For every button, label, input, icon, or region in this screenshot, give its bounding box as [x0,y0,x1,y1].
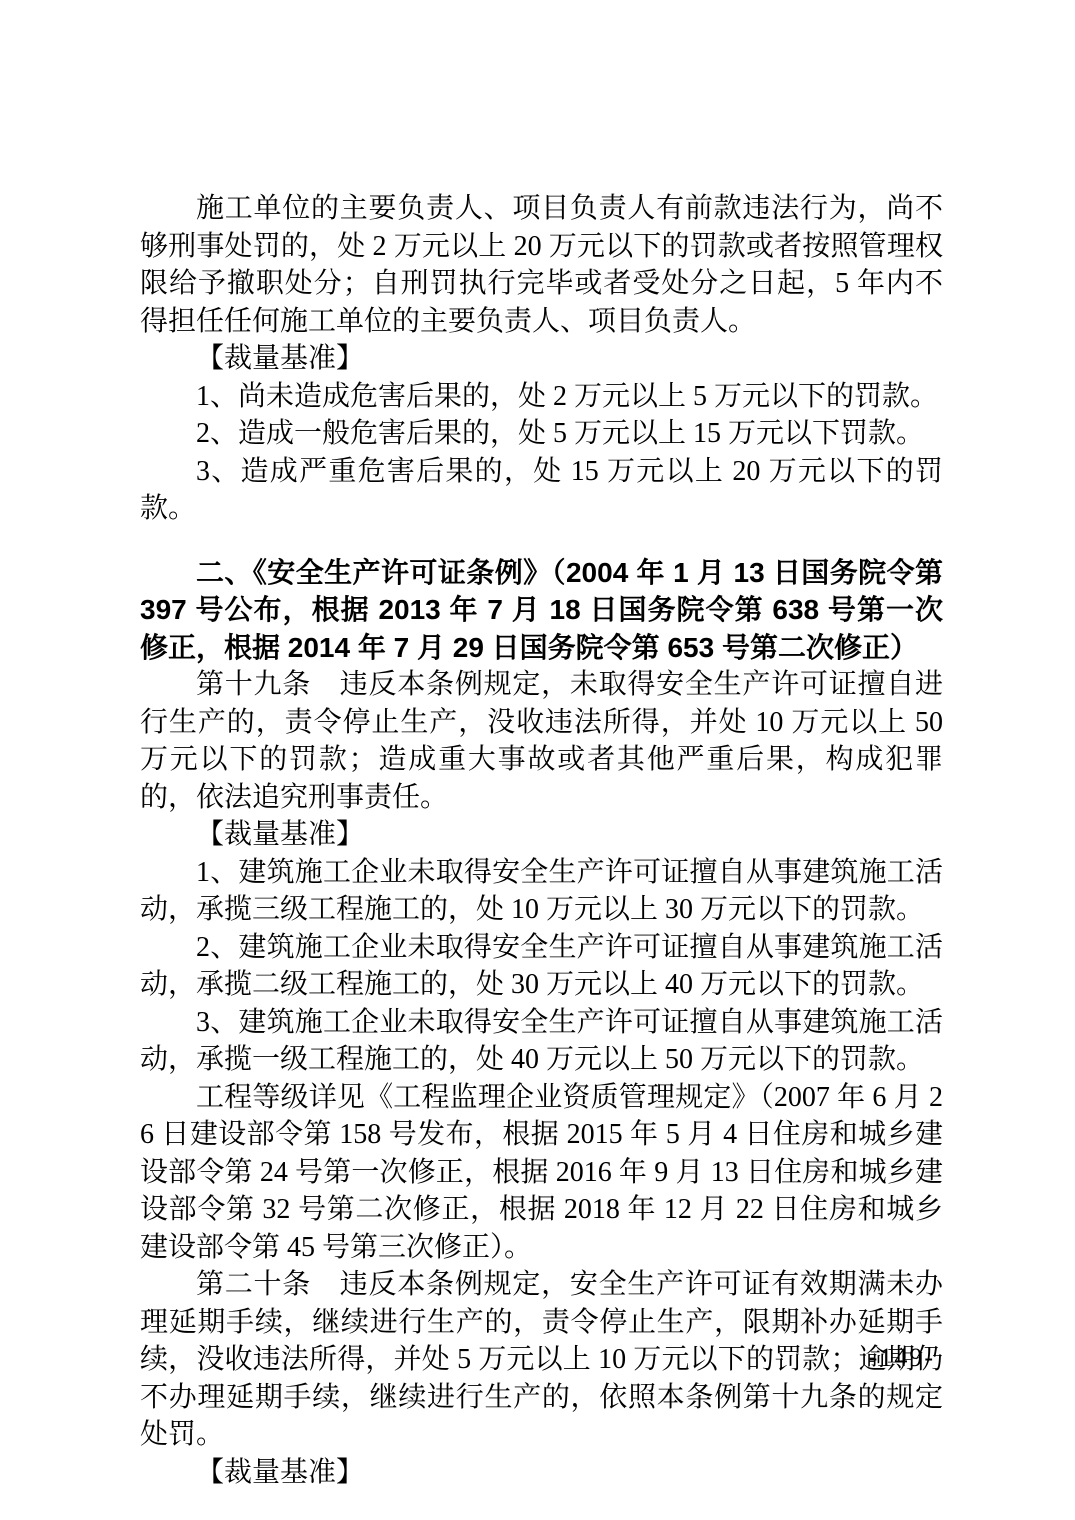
discretion-item-1-1: 1、尚未造成危害后果的，处 2 万元以上 5 万元以下的罚款。 [140,378,943,416]
discretion-benchmark-label-2: 【裁量基准】 [140,816,943,854]
page-number: -149- [869,1345,935,1371]
para-managers-penalty: 施工单位的主要负责人、项目负责人有前款违法行为，尚不够刑事处罚的，处 2 万元以… [140,190,943,340]
article-19: 第十九条 违反本条例规定，未取得安全生产许可证擅自进行生产的，责令停止生产，没收… [140,666,943,816]
section-heading-safety-production-license: 二、《安全生产许可证条例》（2004 年 1 月 13 日国务院令第 397 号… [140,554,943,667]
article-20: 第二十条 违反本条例规定，安全生产许可证有效期满未办理延期手续，继续进行生产的，… [140,1266,943,1454]
document-page: 施工单位的主要负责人、项目负责人有前款违法行为，尚不够刑事处罚的，处 2 万元以… [0,0,1075,1520]
discretion-item-1-2: 2、造成一般危害后果的，处 5 万元以上 15 万元以下罚款。 [140,415,943,453]
discretion-item-2-3: 3、建筑施工企业未取得安全生产许可证擅自从事建筑施工活动，承揽一级工程施工的，处… [140,1004,943,1079]
discretion-benchmark-label-1: 【裁量基准】 [140,340,943,378]
para-project-grade-reference: 工程等级详见《工程监理企业资质管理规定》（2007 年 6 月 26 日建设部令… [140,1079,943,1267]
discretion-item-1-3: 3、造成严重危害后果的，处 15 万元以上 20 万元以下的罚款。 [140,453,943,528]
discretion-item-2-1: 1、建筑施工企业未取得安全生产许可证擅自从事建筑施工活动，承揽三级工程施工的，处… [140,854,943,929]
discretion-benchmark-label-3: 【裁量基准】 [140,1454,943,1492]
discretion-item-2-2: 2、建筑施工企业未取得安全生产许可证擅自从事建筑施工活动，承揽二级工程施工的，处… [140,929,943,1004]
